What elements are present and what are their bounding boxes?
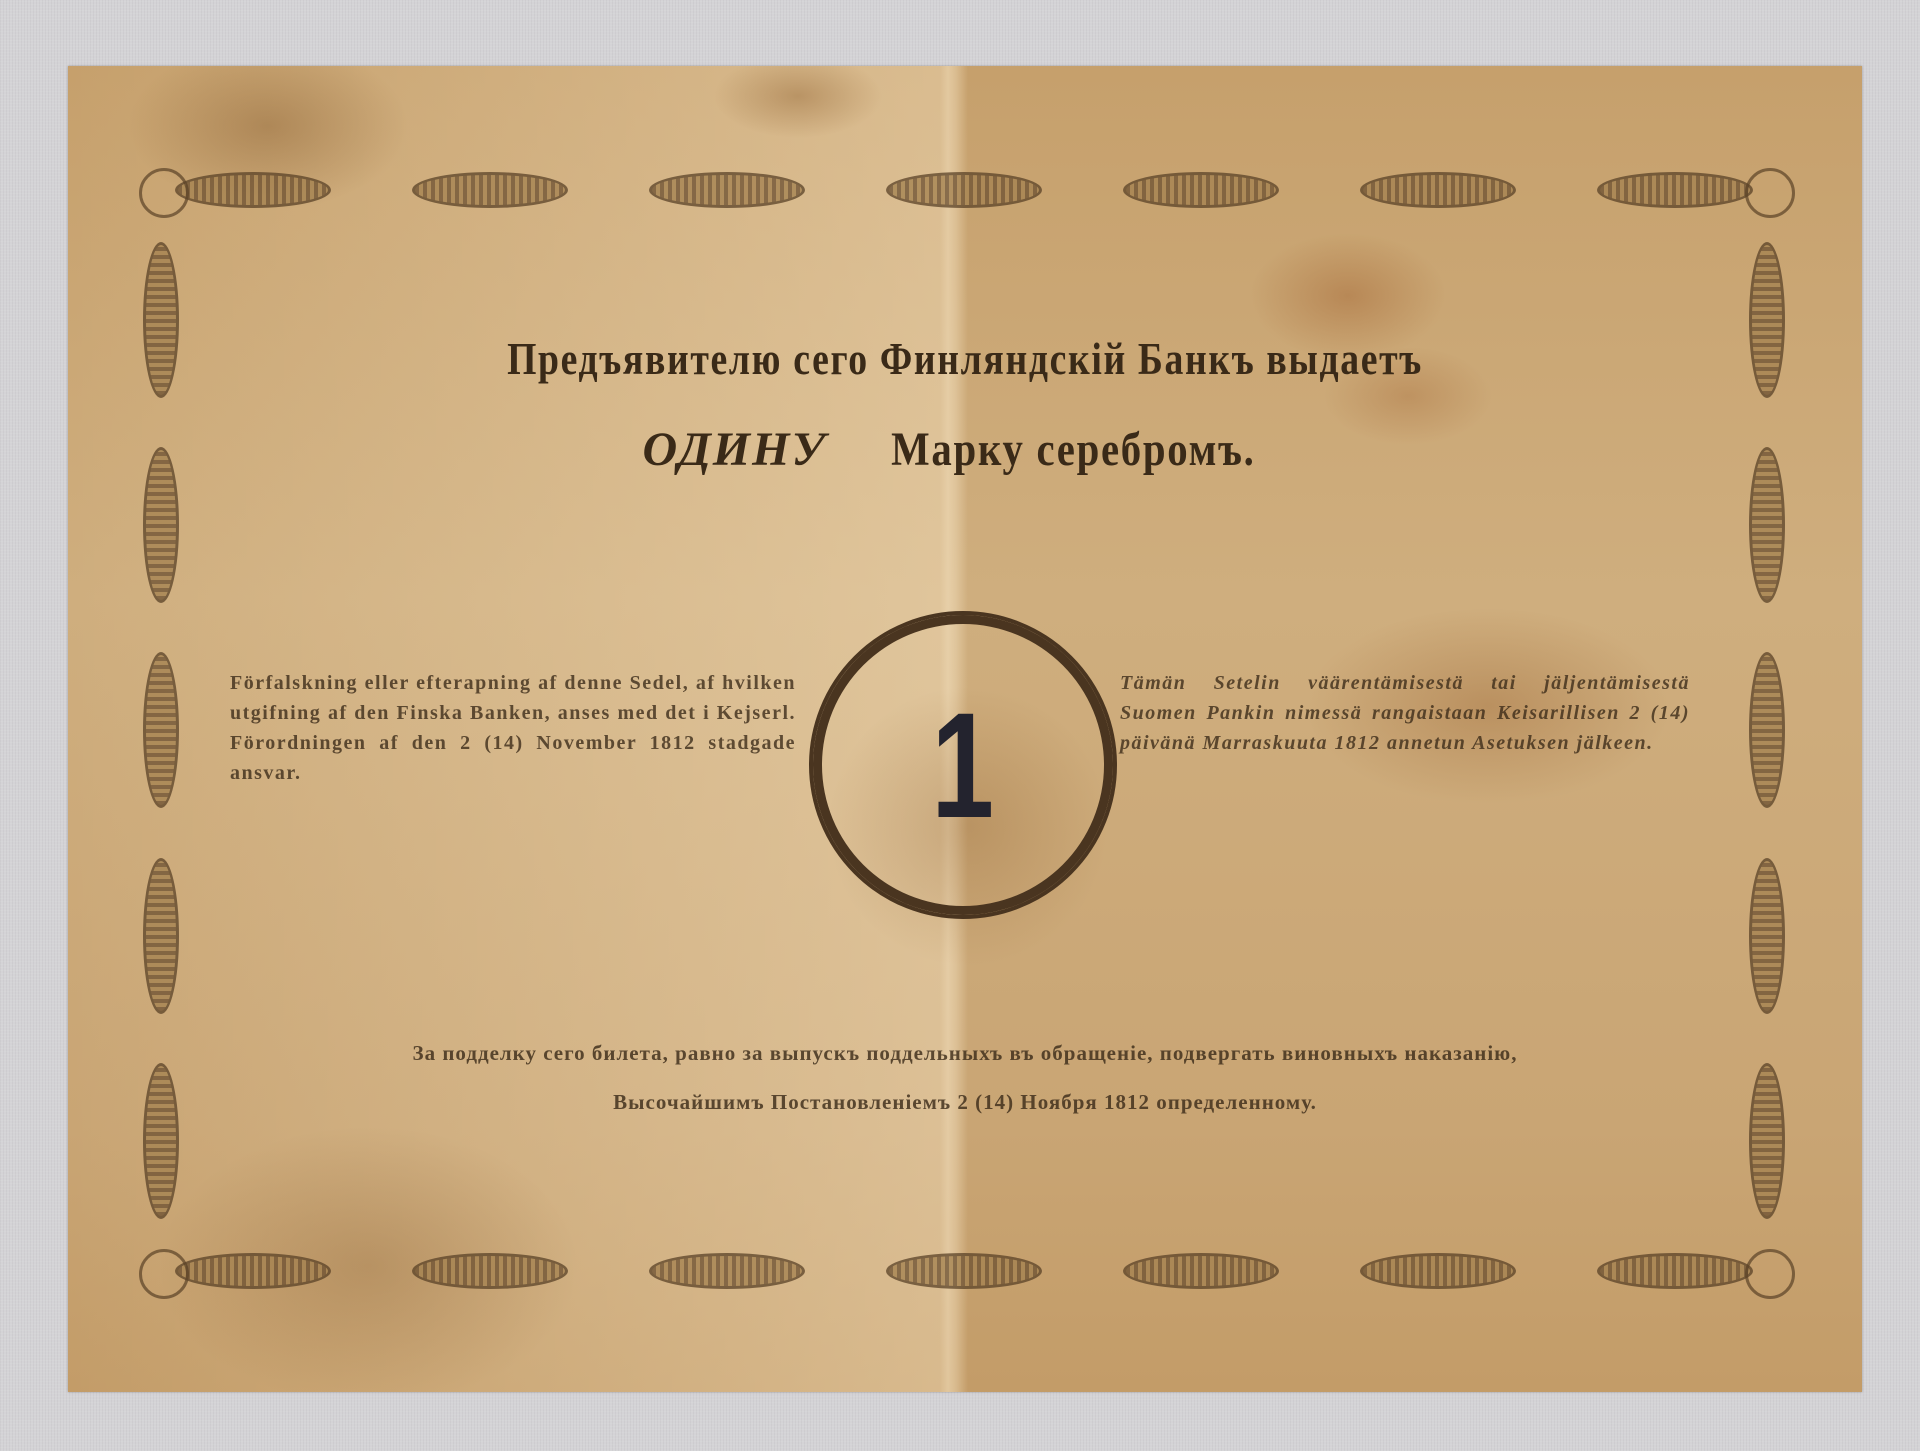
leaf-ornament-icon (649, 1253, 805, 1289)
ornamental-border-top (134, 163, 1794, 217)
denomination-numeral: 1 (932, 679, 995, 852)
leaf-ornament-icon (143, 858, 179, 1014)
leaf-ornament-icon (1749, 858, 1785, 1014)
rosette-corner-icon (1745, 168, 1795, 218)
swedish-warning-text: Förfalskning eller efterapning af denne … (230, 668, 796, 788)
leaf-ornament-icon (412, 1253, 568, 1289)
leaf-ornament-icon (1123, 172, 1279, 208)
amount-word: ОДИНУ (643, 423, 827, 476)
leaf-ornament-icon (175, 1253, 331, 1289)
leaf-ornament-icon (143, 652, 179, 808)
headline-text: Предъявителю сего Финляндскій Банкъ выда… (229, 332, 1700, 385)
denomination-medallion: 1 (809, 611, 1117, 919)
leaf-ornament-icon (1597, 1253, 1753, 1289)
leaf-ornament-icon (1123, 1253, 1279, 1289)
russian-warning-line-2: Высочайшимъ Постановленіемъ 2 (14) Ноябр… (68, 1090, 1862, 1115)
finnish-warning-text: Tämän Setelin väärentämisestä tai jäljen… (1120, 668, 1690, 758)
leaf-ornament-icon (886, 172, 1042, 208)
rosette-corner-icon (139, 168, 189, 218)
leaf-ornament-icon (175, 172, 331, 208)
leaf-ornament-icon (1597, 172, 1753, 208)
rosette-corner-icon (139, 1249, 189, 1299)
leaf-ornament-icon (1360, 172, 1516, 208)
leaf-ornament-icon (1749, 1063, 1785, 1219)
leaf-ornament-icon (886, 1253, 1042, 1289)
amount-line: ОДИНУ Марку серебромъ. (68, 422, 1862, 477)
russian-warning-line-1: За подделку сего билета, равно за выпуск… (68, 1041, 1862, 1066)
leaf-ornament-icon (649, 172, 805, 208)
leaf-ornament-icon (143, 242, 179, 398)
rosette-corner-icon (1745, 1249, 1795, 1299)
leaf-ornament-icon (412, 172, 568, 208)
leaf-ornament-icon (1360, 1253, 1516, 1289)
leaf-ornament-icon (1749, 652, 1785, 808)
leaf-ornament-icon (143, 1063, 179, 1219)
ornamental-border-bottom (134, 1244, 1794, 1298)
amount-rest: Марку серебромъ. (891, 422, 1255, 477)
banknote: Предъявителю сего Финляндскій Банкъ выда… (68, 66, 1862, 1392)
leaf-ornament-icon (1749, 242, 1785, 398)
